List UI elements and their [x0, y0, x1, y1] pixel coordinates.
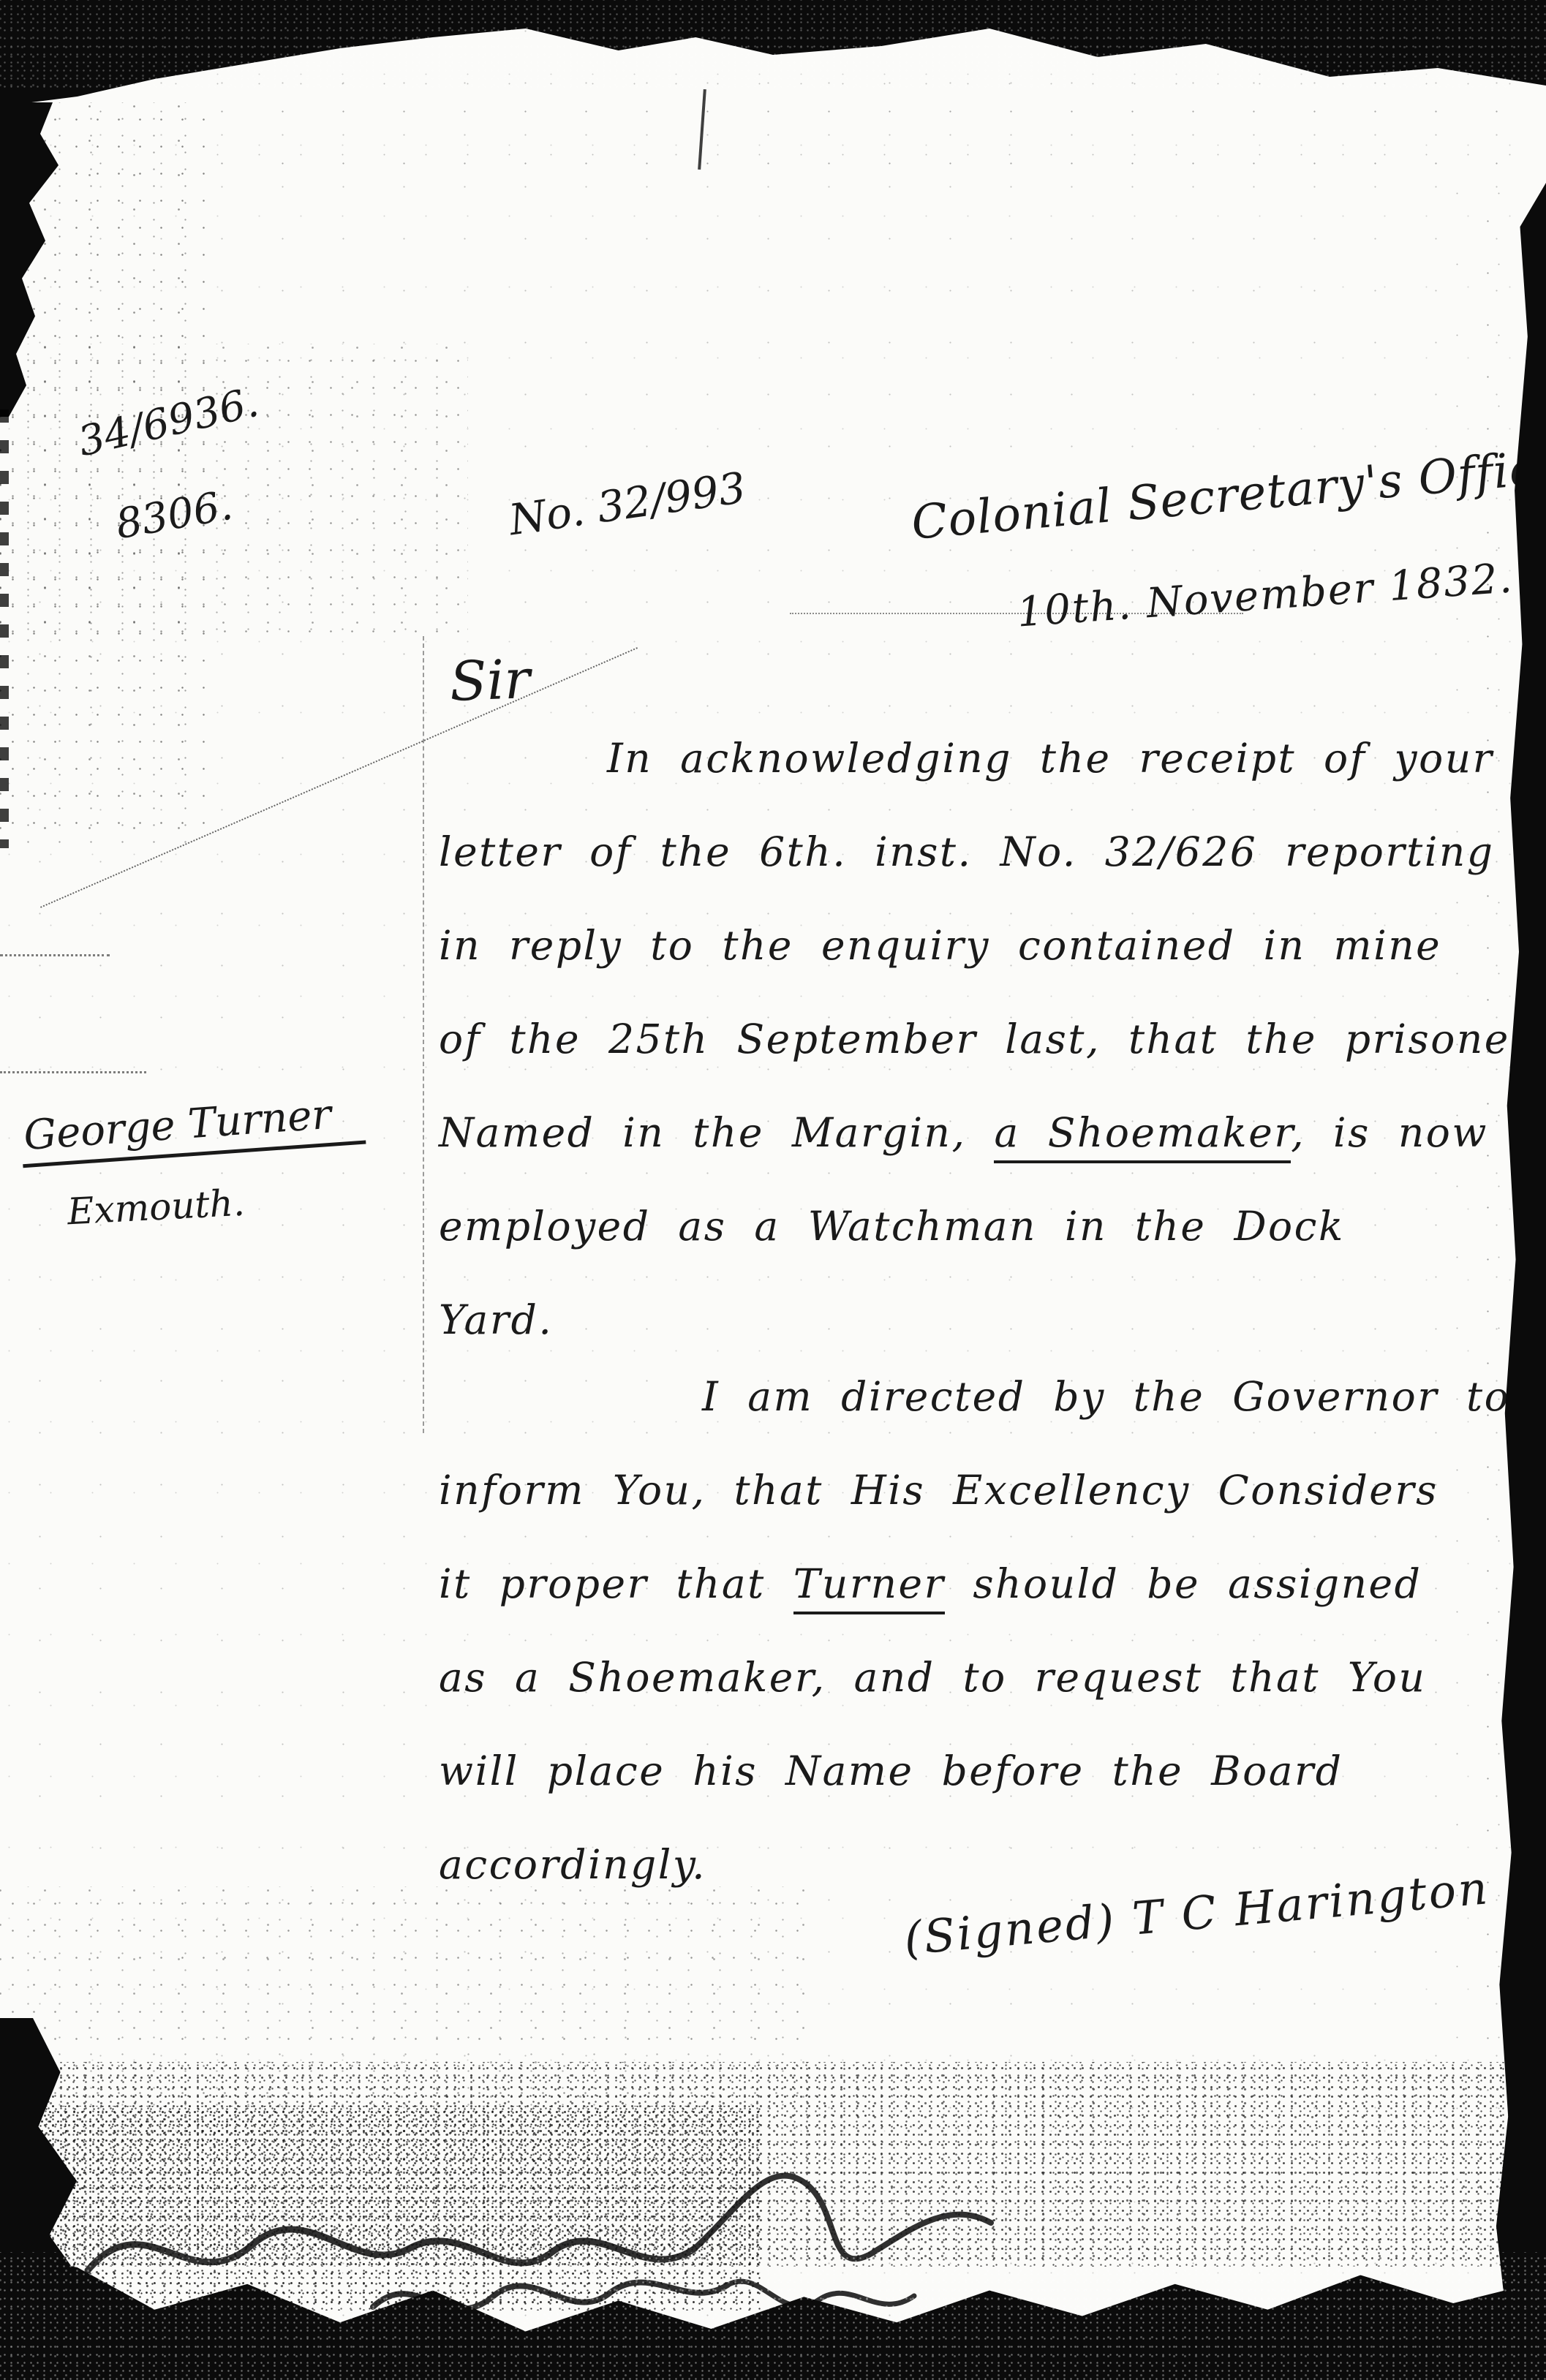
margin-note-name-text: George Turner	[19, 1089, 366, 1168]
noise-overlay	[0, 102, 205, 848]
right-border-artifact	[1492, 183, 1546, 2380]
scan-mark	[698, 89, 706, 170]
body-line: letter of the 6th. inst. No. 32/626 repo…	[439, 828, 1494, 875]
body-line: employed as a Watchman in the Dock	[439, 1203, 1345, 1250]
body-line-segment: Named in the Margin,	[439, 1109, 994, 1156]
body-line-segment: , is now	[1291, 1109, 1488, 1156]
body-line: will place his Name before the Board	[439, 1748, 1343, 1794]
body-line: Named in the Margin, a Shoemaker, is now	[439, 1109, 1488, 1156]
registration-number-1: 34/6936.	[74, 379, 263, 466]
body-line: accordingly.	[439, 1841, 706, 1888]
left-border-artifact	[0, 102, 73, 417]
body-line-segment: should be assigned	[945, 1560, 1422, 1607]
noise-overlay	[0, 2252, 1546, 2380]
body-line: of the 25th September last, that the pri…	[439, 1016, 1531, 1062]
noise-overlay	[0, 1886, 804, 2106]
body-line: as a Shoemaker, and to request that You	[439, 1654, 1426, 1701]
scan-streak	[0, 954, 110, 956]
registration-number-2: 8306.	[113, 482, 236, 549]
noise-overlay	[0, 0, 1546, 88]
office-name: Colonial Secretary's Office	[909, 439, 1546, 551]
body-line: inform You, that His Excellency Consider…	[439, 1467, 1438, 1514]
scan-streak	[0, 1071, 146, 1073]
signature-line: (Signed) T C Harington	[902, 1861, 1491, 1965]
left-border-artifact	[0, 409, 9, 848]
fold-line	[423, 636, 424, 1433]
scanned-letter-page: 407 34/6936. 8306. No. 32/993 Colonial S…	[0, 0, 1546, 2380]
margin-note-place: Exmouth.	[67, 1182, 246, 1234]
salutation: Sir	[449, 648, 532, 714]
noise-overlay	[1448, 190, 1514, 2376]
letter-date: 10th. November 1832.	[1016, 554, 1515, 636]
margin-note-name: George Turner	[19, 1089, 366, 1160]
body-line: I am directed by the Governor to —	[702, 1373, 1546, 1420]
noise-overlay	[0, 80, 1546, 175]
body-line: In acknowledging the receipt of your	[607, 735, 1493, 782]
body-line: Yard.	[439, 1296, 553, 1343]
body-line: it proper that Turner should be assigned	[439, 1560, 1422, 1607]
body-line-segment: it proper that	[439, 1560, 793, 1607]
body-line: in reply to the enquiry contained in min…	[439, 922, 1441, 969]
letter-number: No. 32/993	[506, 463, 749, 545]
underlined-phrase: a Shoemaker	[994, 1109, 1291, 1163]
underlined-phrase: Turner	[793, 1560, 946, 1614]
